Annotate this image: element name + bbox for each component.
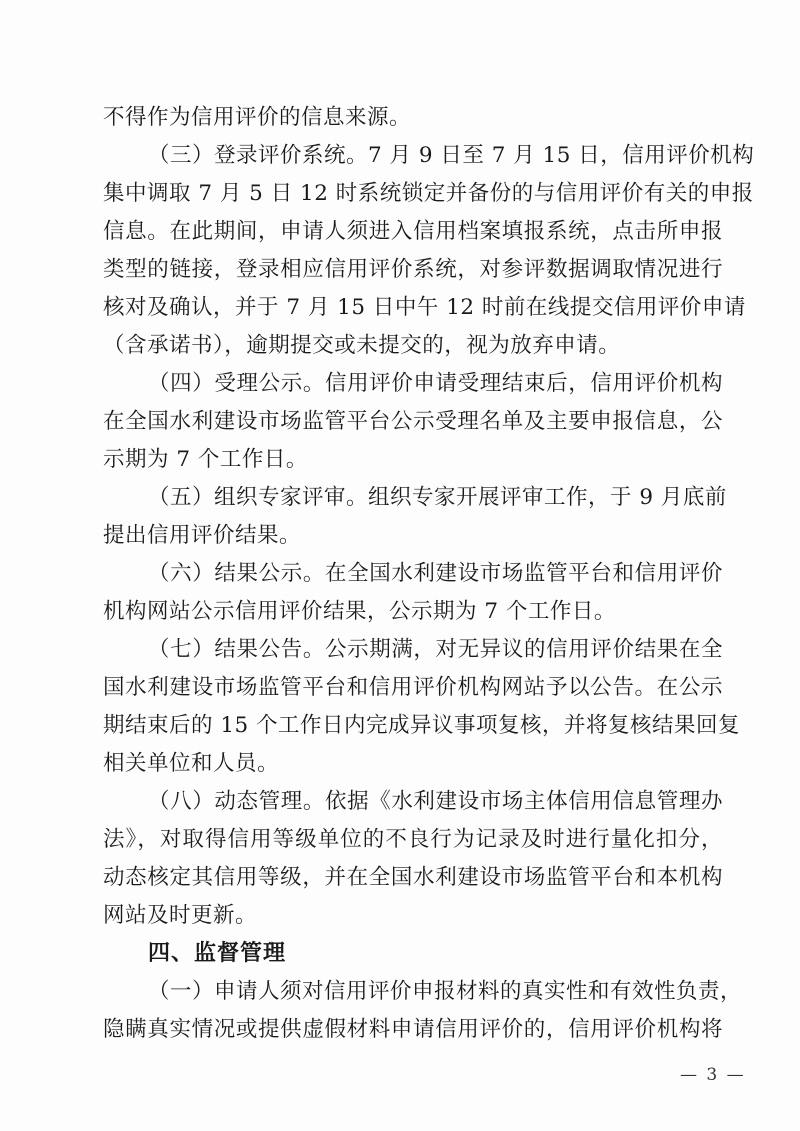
text-line: 动态核定其信用等级，并在全国水利建设市场监管平台和本机构	[103, 863, 723, 893]
text-line: 类型的链接，登录相应信用评价系统，对参评数据调取情况进行	[103, 255, 723, 285]
text-line: 核对及确认，并于 7 月 15 日中午 12 时前在线提交信用评价申请	[103, 293, 723, 323]
text-line: 期结束后的 15 个工作日内完成异议事项复核，并将复核结果回复	[103, 711, 723, 741]
document-page: 不得作为信用评价的信息来源。 （三）登录评价系统。7 月 9 日至 7 月 15…	[0, 0, 800, 1131]
text-line: 隐瞒真实情况或提供虚假材料申请信用评价的，信用评价机构将	[103, 1015, 723, 1045]
text-line: （八）动态管理。依据《水利建设市场主体信用信息管理办	[148, 787, 723, 817]
section-heading: 四、监督管理	[148, 939, 286, 969]
text-line: （五）组织专家评审。组织专家开展评审工作，于 9 月底前	[148, 483, 723, 513]
text-line: （一）申请人须对信用评价申报材料的真实性和有效性负责，	[148, 977, 723, 1007]
text-line: 相关单位和人员。	[103, 749, 723, 779]
text-line: （七）结果公告。公示期满，对无异议的信用评价结果在全	[148, 635, 723, 665]
text-line: 不得作为信用评价的信息来源。	[103, 103, 723, 133]
text-line: （四）受理公示。信用评价申请受理结束后，信用评价机构	[148, 369, 723, 399]
page-number: — 3 —	[680, 1063, 746, 1087]
text-line: 集中调取 7 月 5 日 12 时系统锁定并备份的与信用评价有关的申报	[103, 179, 723, 209]
text-line: 机构网站公示信用评价结果，公示期为 7 个工作日。	[103, 597, 723, 627]
text-line: 示期为 7 个工作日。	[103, 445, 723, 475]
text-line: 国水利建设市场监管平台和信用评价机构网站予以公告。在公示	[103, 673, 723, 703]
text-line: 在全国水利建设市场监管平台公示受理名单及主要申报信息，公	[103, 407, 723, 437]
text-line: （三）登录评价系统。7 月 9 日至 7 月 15 日，信用评价机构	[148, 141, 723, 171]
text-line: （六）结果公示。在全国水利建设市场监管平台和信用评价	[148, 559, 723, 589]
text-line: 提出信用评价结果。	[103, 521, 723, 551]
text-line: 法》，对取得信用等级单位的不良行为记录及时进行量化扣分，	[103, 825, 723, 855]
text-line: 网站及时更新。	[103, 901, 723, 931]
text-line: （含承诺书），逾期提交或未提交的，视为放弃申请。	[103, 331, 723, 361]
text-line: 信息。在此期间，申请人须进入信用档案填报系统，点击所申报	[103, 217, 723, 247]
